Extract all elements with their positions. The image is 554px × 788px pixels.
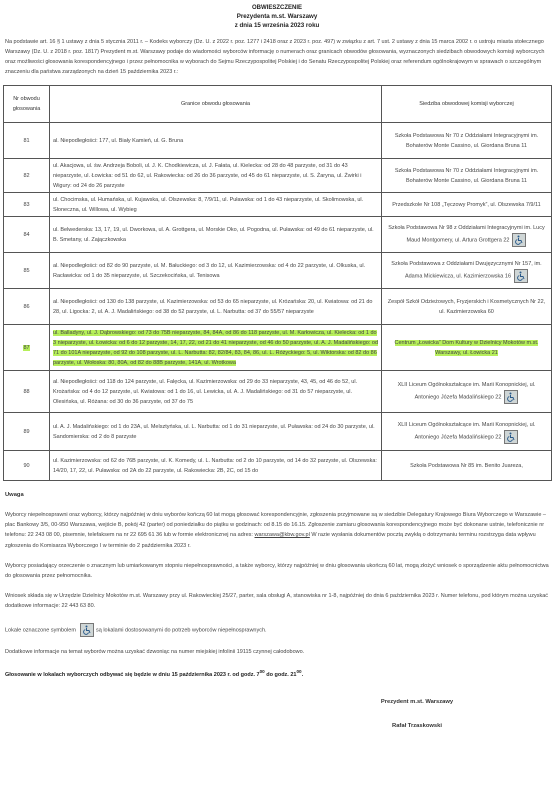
district-boundaries-cell: al. Niepodległości: 177, ul. Biały Kamie… (50, 123, 382, 159)
district-boundaries-cell: ul. Belwederska: 13, 17, 19, ul. Dworkow… (50, 217, 382, 253)
header-district-number: Nr obwodu głosowania (4, 86, 50, 123)
commission-seat: Zespół Szkół Odzieżowych, Fryzjerskich i… (388, 299, 545, 315)
commission-seat: Szkoła Podstawowa Nr 85 im. Benito Juare… (410, 463, 523, 469)
commission-seat-cell: Szkoła Podstawowa Nr 98 z Oddziałami Int… (382, 217, 552, 253)
commission-seat-cell: Szkoła Podstawowa Nr 70 z Oddziałami Int… (382, 123, 552, 159)
district-boundaries: ul. A. J. Madalińskiego: od 1 do 23A, ul… (53, 424, 375, 440)
table-row: 86al. Niepodległości: od 130 do 138 parz… (4, 289, 552, 325)
table-row: 82ul. Akacjowa, ul. św. Andrzeja Boboli,… (4, 159, 552, 193)
district-boundaries-cell: al. Niepodległości: od 130 do 138 parzys… (50, 289, 382, 325)
table-row: 88al. Niepodległości: od 118 do 124 parz… (4, 371, 552, 413)
district-boundaries: ul. Balladyny, ul. J. Dąbrowskiego: od 7… (53, 330, 378, 367)
wheelchair-icon (504, 390, 518, 404)
table-row: 85al. Niepodległości: od 82 do 90 parzys… (4, 253, 552, 289)
district-number: 85 (23, 268, 29, 274)
header-district-boundaries: Granice obwodu głosowania (50, 86, 382, 123)
commission-seat-cell: Szkoła Podstawowa z Oddziałami Dwujęzycz… (382, 253, 552, 289)
table-row: 90ul. Kazimierzowska: od 62 do 76B parzy… (4, 451, 552, 481)
district-boundaries: ul. Akacjowa, ul. św. Andrzeja Boboli, u… (53, 163, 361, 189)
signature-name: Rafał Trzaskowski (283, 722, 551, 731)
district-boundaries-cell: ul. Akacjowa, ul. św. Andrzeja Boboli, u… (50, 159, 382, 193)
district-number-cell: 86 (4, 289, 50, 325)
district-number: 90 (23, 463, 29, 469)
district-number-cell: 85 (4, 253, 50, 289)
district-boundaries: ul. Chocimska, ul. Humańska, ul. Kujawsk… (53, 197, 363, 213)
district-number-cell: 90 (4, 451, 50, 481)
email-link[interactable]: warszawa@kbw.gov.pl (255, 532, 310, 538)
table-row: 89ul. A. J. Madalińskiego: od 1 do 23A, … (4, 413, 552, 451)
district-boundaries-cell: ul. Kazimierzowska: od 62 do 76B parzyst… (50, 451, 382, 481)
district-boundaries-cell: ul. A. J. Madalińskiego: od 1 do 23A, ul… (50, 413, 382, 451)
district-number: 81 (23, 138, 29, 144)
district-boundaries-cell: al. Niepodległości: od 118 do 124 parzys… (50, 371, 382, 413)
wheelchair-icon (512, 233, 526, 247)
district-number: 88 (23, 389, 29, 395)
note-voting-hours: Głosowanie w lokalach wyborczych odbywać… (5, 668, 549, 680)
commission-seat: Centrum „Łowicka” Dom Kultury w Dzielnic… (395, 340, 539, 356)
note-proxy-voting: Wyborcy posiadający orzeczenie o znaczny… (5, 561, 549, 581)
district-number-cell: 82 (4, 159, 50, 193)
commission-seat-cell: XLII Liceum Ogólnokształcące im. Marii K… (382, 413, 552, 451)
document-date: z dnia 15 września 2023 roku (3, 22, 551, 31)
district-boundaries: al. Niepodległości: od 118 do 124 parzys… (53, 379, 357, 405)
district-boundaries-cell: al. Niepodległości: od 82 do 90 parzyste… (50, 253, 382, 289)
note-correspondence-voting: Wyborcy niepełnosprawni oraz wyborcy, kt… (5, 510, 549, 551)
district-number-cell: 84 (4, 217, 50, 253)
commission-seat-cell: Szkoła Podstawowa Nr 70 z Oddziałami Int… (382, 159, 552, 193)
commission-seat: Szkoła Podstawowa Nr 70 z Oddziałami Int… (395, 133, 538, 149)
district-boundaries-cell: ul. Chocimska, ul. Humańska, ul. Kujawsk… (50, 193, 382, 217)
district-number: 83 (23, 202, 29, 208)
commission-seat: Szkoła Podstawowa Nr 70 z Oddziałami Int… (395, 168, 538, 184)
voting-districts-table: Nr obwodu głosowania Granice obwodu głos… (3, 85, 552, 481)
document-header: OBWIESZCZENIE Prezydenta m.st. Warszawy … (3, 0, 551, 31)
district-boundaries: al. Niepodległości: 177, ul. Biały Kamie… (53, 138, 183, 144)
district-number-cell: 83 (4, 193, 50, 217)
commission-seat-cell: XLII Liceum Ogólnokształcące im. Marii K… (382, 371, 552, 413)
note-proxy-application: Wniosek składa się w Urzędzie Dzielnicy … (5, 591, 549, 611)
table-row: 84ul. Belwederska: 13, 17, 19, ul. Dwork… (4, 217, 552, 253)
commission-seat-cell: Szkoła Podstawowa Nr 85 im. Benito Juare… (382, 451, 552, 481)
district-number: 87 (23, 345, 29, 351)
district-boundaries: al. Niepodległości: od 82 do 90 parzyste… (53, 263, 365, 279)
commission-seat-cell: Centrum „Łowicka” Dom Kultury w Dzielnic… (382, 325, 552, 371)
notes-heading: Uwaga (5, 491, 549, 500)
note-text: są lokalami dostosowanymi do potrzeb wyb… (94, 628, 266, 634)
district-boundaries: al. Niepodległości: od 130 do 138 parzys… (53, 299, 373, 315)
table-row: 83ul. Chocimska, ul. Humańska, ul. Kujaw… (4, 193, 552, 217)
district-number-cell: 88 (4, 371, 50, 413)
district-number: 86 (23, 304, 29, 310)
announcement-page: OBWIESZCZENIE Prezydenta m.st. Warszawy … (0, 0, 554, 788)
wheelchair-icon (514, 269, 528, 283)
header-commission-seat: Siedziba obwodowej komisji wyborczej (382, 86, 552, 123)
district-boundaries: ul. Kazimierzowska: od 62 do 76B parzyst… (53, 458, 377, 474)
table-row: 87ul. Balladyny, ul. J. Dąbrowskiego: od… (4, 325, 552, 371)
note-text: do godz. 21 (265, 671, 297, 677)
district-number: 84 (23, 232, 29, 238)
table-header-row: Nr obwodu głosowania Granice obwodu głos… (4, 86, 552, 123)
note-text: . (302, 671, 304, 677)
note-text: Głosowanie w lokalach wyborczych odbywać… (5, 671, 260, 677)
district-number-cell: 87 (4, 325, 50, 371)
district-boundaries: ul. Belwederska: 13, 17, 19, ul. Dworkow… (53, 227, 374, 243)
note-infoline: Dodatkowe informacje na temat wyborów mo… (5, 647, 549, 657)
table-row: 81al. Niepodległości: 177, ul. Biały Kam… (4, 123, 552, 159)
wheelchair-icon (80, 623, 94, 637)
document-title: OBWIESZCZENIE (3, 4, 551, 13)
document-subtitle: Prezydenta m.st. Warszawy (3, 13, 551, 22)
wheelchair-icon (504, 430, 518, 444)
district-number-cell: 81 (4, 123, 50, 159)
district-number-cell: 89 (4, 413, 50, 451)
commission-seat-cell: Przedszkole Nr 108 „Tęczowy Promyk”, ul.… (382, 193, 552, 217)
table-body: 81al. Niepodległości: 177, ul. Biały Kam… (4, 123, 552, 481)
commission-seat: Przedszkole Nr 108 „Tęczowy Promyk”, ul.… (392, 202, 540, 208)
district-number: 89 (23, 429, 29, 435)
note-accessibility-legend: Lokale oznaczone symbolem są lokalami do… (5, 623, 549, 637)
commission-seat-cell: Zespół Szkół Odzieżowych, Fryzjerskich i… (382, 289, 552, 325)
note-text: Lokale oznaczone symbolem (5, 628, 77, 634)
district-boundaries-cell: ul. Balladyny, ul. J. Dąbrowskiego: od 7… (50, 325, 382, 371)
signature-role: Prezydent m.st. Warszawy (283, 698, 551, 707)
district-number: 82 (23, 173, 29, 179)
intro-paragraph: Na podstawie art. 16 § 1 ustawy z dnia 5… (5, 37, 549, 78)
